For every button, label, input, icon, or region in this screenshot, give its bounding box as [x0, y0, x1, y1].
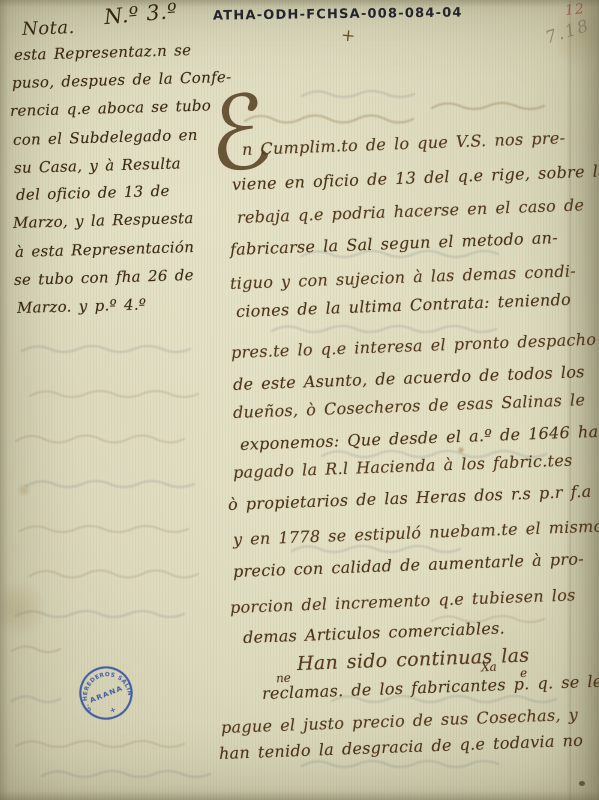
body-line: pagado la R.l Hacienda à los fabric.tes [233, 451, 573, 482]
body-line: y en 1778 se estipuló nuebam.te el mismo [233, 516, 599, 549]
superscript-insertion: Xa [481, 660, 497, 675]
body-line: precio con calidad de aumentarle à pro- [233, 549, 585, 581]
body-line: viene en oficio de 13 del q.e rige, sobr… [232, 161, 599, 194]
margin-note-line: se tubo con fha 26 de [14, 266, 194, 289]
cross-mark: + [340, 25, 356, 46]
page-edge-top [0, 0, 599, 7]
body-line: ciones de la ultima Contrata: teniendo [236, 290, 572, 321]
pencil-number: 7.18 [543, 16, 593, 49]
stamp-center-text: ARANA [88, 683, 124, 705]
body-line: pres.te lo q.e interesa el pronto despac… [231, 330, 597, 362]
margin-note-line: à esta Representación [15, 238, 195, 261]
paper-stain [16, 483, 32, 497]
superscript-insertion: ne [276, 671, 292, 686]
margin-note-line: rencia q.e aboca se tubo [10, 96, 212, 120]
page-edge-bottom [0, 791, 599, 800]
owner-stamp: A. G. HEREDEROS SALINAS ARANA + [63, 650, 149, 736]
stamp-ring-text: A. G. HEREDEROS SALINAS [63, 650, 133, 718]
margin-note-line: puso, despues de la Confe- [12, 68, 232, 92]
margin-note-line: su Casa, y à Resulta [14, 154, 181, 177]
body-line: de este Asunto, de acuerdo de todos los [233, 362, 585, 394]
body-line: exponemos: Que desde el a.º de 1646 ha [240, 422, 599, 454]
body-line: tiguo y con sujecion à las demas condi- [230, 261, 577, 293]
body-line: fabricarse la Sal segun el metodo an- [230, 228, 559, 259]
body-line: rebaja q.e podria hacerse en el caso de [237, 195, 585, 227]
body-line: reclamas. de los fabricantes p. q. se le… [262, 671, 599, 703]
margin-note-line: del oficio de 13 de [16, 182, 170, 204]
body-line: han tenido la desgracia de q.e todavia n… [219, 731, 584, 763]
superscript-insertion: e [520, 666, 528, 680]
ink-spot [457, 446, 465, 454]
margin-note-line: Marzo. y p.º 4.º [17, 295, 147, 317]
margin-note-line: con el Subdelegado en [13, 126, 198, 149]
dark-speck [579, 781, 585, 786]
body-line: ò propietarios de las Heras dos r.s p.r … [228, 482, 592, 514]
page-edge-left [0, 0, 8, 800]
margin-note-line: Marzo, y la Respuesta [13, 209, 194, 232]
manuscript-page: ATHA-ODH-FCHSA-008-084-04 + 12 7.18 Nota… [0, 0, 599, 800]
stamp-cross-mark: + [108, 704, 117, 715]
margin-note-line: esta Representaz.n se [14, 41, 192, 64]
archive-reference: ATHA-ODH-FCHSA-008-084-04 [213, 5, 473, 23]
margin-note-heading: Nota. [22, 17, 75, 40]
body-line: demas Articulos comerciables. [243, 618, 506, 647]
body-line: porcion del incremento q.e tubiesen los [230, 585, 576, 617]
body-line: dueños, ò Cosecheros de esas Salinas le [233, 390, 586, 422]
document-number: N.º 3.º [103, 0, 178, 29]
body-line: n Cumplim.to de lo que V.S. nos pre- [242, 128, 566, 159]
